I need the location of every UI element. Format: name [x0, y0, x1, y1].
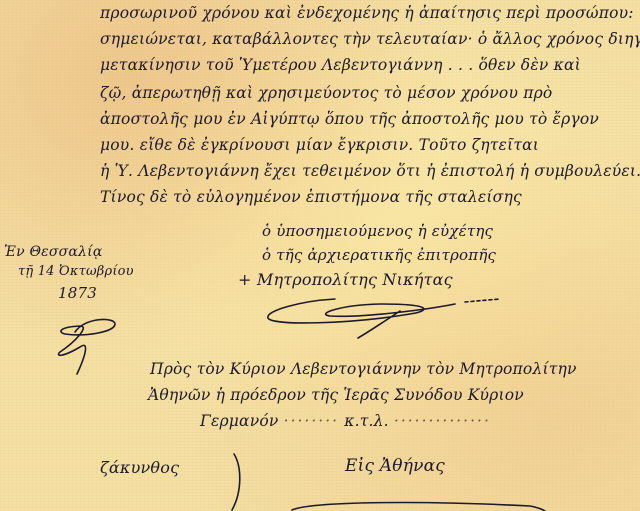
- closing-line-1: ὁ ὑποσημειούμενος ἡ εὐχέτης: [262, 222, 493, 240]
- body-line-6: μου. εἴθε δὲ ἐγκρίνουσι μίαν ἔγκρισιν. Τ…: [100, 136, 539, 154]
- leader-dots: ········: [284, 412, 339, 430]
- address-line-1: Πρὸς τὸν Κύριον Λεβεντογιάννην τὸν Μητρο…: [150, 360, 577, 378]
- address-etc: κ.τ.λ.: [344, 412, 389, 430]
- paraph-mark: [55, 312, 125, 382]
- address-line-3: Γερμανόν ········ κ.τ.λ. ··············: [200, 412, 491, 430]
- signature: + Μητροπολίτης Νικήτας: [238, 270, 453, 289]
- address-recipient-name: Γερμανόν: [200, 412, 279, 430]
- body-line-7: ἡ Ὑ. Λεβεντογιάννη ἔχει τεθειμένον ὅτι ἡ…: [100, 162, 640, 180]
- manuscript-page: προσωρινοῦ χρόνου καὶ ἐνδεχομένης ἡ ἀπαί…: [0, 0, 640, 511]
- signature-flourish: [260, 296, 520, 346]
- date-year: 1873: [58, 284, 97, 302]
- date-day-month: τῇ 14 Ὀκτωβρίου: [18, 264, 134, 279]
- bracket-mark: [228, 452, 248, 511]
- footer-left-place: ζάκυνθος: [100, 458, 179, 477]
- body-line-5: ἀποστολῆς μου ἐν Αἰγύπτῳ ὅπου τῆς ἀποστο…: [100, 110, 599, 128]
- footer-right-destination: Εἰς Ἀθήνας: [345, 456, 445, 476]
- body-line-1: προσωρινοῦ χρόνου καὶ ἐνδεχομένης ἡ ἀπαί…: [100, 4, 634, 22]
- address-line-2: Ἀθηνῶν ἡ πρόεδρον τῆς Ἱερᾶς Συνόδου Κύρι…: [148, 386, 524, 404]
- body-line-8: Τίνος δὲ τὸ εὐλογημένον ἐπιστήμονα τῆς σ…: [100, 188, 522, 206]
- underline-flourish: [290, 500, 550, 511]
- body-line-3: μετακίνησιν τοῦ Ὑμετέρου Λεβεντογιάννη .…: [100, 56, 581, 74]
- leader-dots-2: ··············: [394, 412, 491, 430]
- body-line-4: ζῷ, ἀπερωτηθῇ καὶ χρησιμεύοντος τὸ μέσον…: [100, 84, 552, 102]
- closing-line-2: ὁ τῆς ἀρχιερατικῆς ἐπιτροπῆς: [262, 246, 496, 264]
- date-place: Ἐν Θεσσαλίᾳ: [4, 244, 102, 260]
- body-line-2: σημειώνεται, καταβάλλοντες τὴν τελευταία…: [100, 30, 640, 48]
